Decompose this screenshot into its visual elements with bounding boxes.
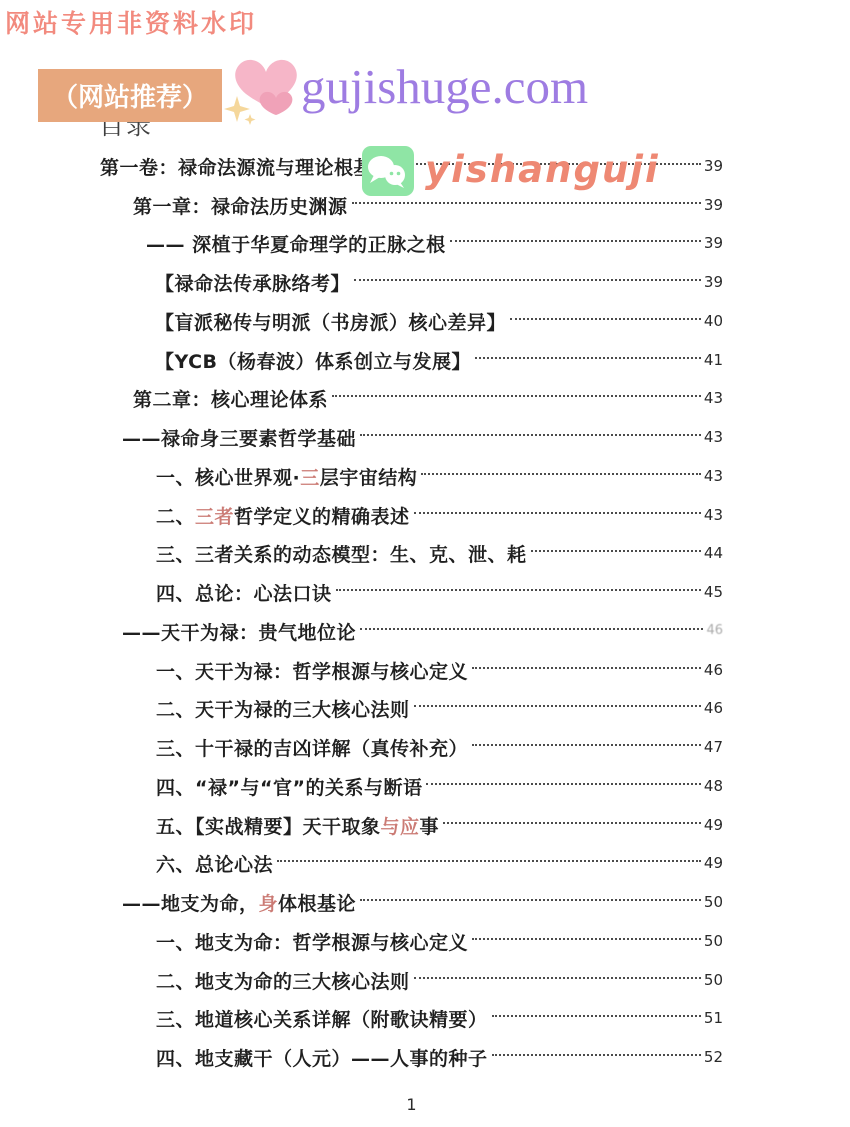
- footer-page-number: 1: [100, 1095, 723, 1114]
- site-domain-logo: gujishuge.com: [301, 58, 588, 115]
- toc-entry[interactable]: 三、地道核心关系详解（附歌诀精要）51: [100, 1000, 723, 1039]
- toc-entry[interactable]: 一、地支为命：哲学根源与核心定义50: [100, 922, 723, 961]
- toc-entry-title: 第二章：核心理论体系: [133, 385, 328, 412]
- dotted-leader: [531, 550, 701, 552]
- dotted-leader: [472, 667, 701, 669]
- dotted-leader: [443, 822, 701, 824]
- dotted-leader: [472, 744, 701, 746]
- toc-entry[interactable]: 【禄命法传承脉络考】39: [100, 263, 723, 302]
- toc-entry-title: 第一卷：禄命法源流与理论根基: [100, 153, 373, 180]
- toc-entry[interactable]: 六、总论心法49: [100, 845, 723, 884]
- toc-entry-title: 四、“禄”与“官”的关系与断语: [156, 773, 422, 800]
- wechat-handle-text: yishanguji: [425, 148, 660, 191]
- dotted-leader: [360, 434, 701, 436]
- toc-entry-title: 三、地道核心关系详解（附歌诀精要）: [156, 1005, 488, 1032]
- toc-entry-title: 一、天干为禄：哲学根源与核心定义: [156, 657, 468, 684]
- toc-entry-title: 【YCB（杨春波）体系创立与发展】: [155, 347, 471, 374]
- toc-entry-page: 49: [704, 854, 723, 873]
- toc-entry-title: ——地支为命，身体根基论: [122, 889, 356, 916]
- toc-entry[interactable]: 一、天干为禄：哲学根源与核心定义46: [100, 651, 723, 690]
- toc-entry-page: 44: [704, 544, 723, 563]
- toc-entry[interactable]: 二、三者哲学定义的精确表述43: [100, 496, 723, 535]
- dotted-leader: [414, 977, 701, 979]
- dotted-leader: [414, 705, 701, 707]
- toc-entry[interactable]: ——天干为禄：贵气地位论46: [100, 612, 723, 651]
- toc-entry[interactable]: 四、地支藏干（人元）——人事的种子52: [100, 1038, 723, 1077]
- dotted-leader: [492, 1015, 701, 1017]
- wechat-watermark: yishanguji: [362, 146, 660, 196]
- toc-entry-page: 45: [704, 583, 723, 602]
- dotted-leader: [421, 473, 701, 475]
- hearts-icon: [224, 52, 306, 128]
- dotted-leader: [475, 357, 701, 359]
- toc-entry-page: 39: [704, 273, 723, 292]
- toc-entry-title: 二、天干为禄的三大核心法则: [156, 695, 410, 722]
- dotted-leader: [492, 1054, 701, 1056]
- toc-entry-title: 【禄命法传承脉络考】: [155, 269, 350, 296]
- toc-entry-title: ——天干为禄：贵气地位论: [122, 618, 356, 645]
- toc-entry[interactable]: 四、总论：心法口诀45: [100, 573, 723, 612]
- toc-entry-title: 三、十干禄的吉凶详解（真传补充）: [156, 734, 468, 761]
- toc-entry-title: 五、【实战精要】天干取象与应事: [156, 812, 439, 839]
- toc-entry-page: 49: [704, 816, 723, 835]
- toc-entry-page: 50: [704, 893, 723, 912]
- toc-entry-page: 39: [704, 196, 723, 215]
- toc-entry-title: 六、总论心法: [156, 850, 273, 877]
- toc-entry[interactable]: 一、核心世界观·三层宇宙结构43: [100, 457, 723, 496]
- toc-entry-page: 39: [704, 157, 723, 176]
- toc-entry-page: 51: [704, 1009, 723, 1028]
- dotted-leader: [360, 628, 703, 630]
- dotted-leader: [332, 395, 701, 397]
- toc-entry-page: 46: [704, 699, 723, 718]
- toc-entry[interactable]: 三、三者关系的动态模型：生、克、泄、耗44: [100, 535, 723, 574]
- toc-list: 第一卷：禄命法源流与理论根基39第一章：禄命法历史渊源39—— 深植于华夏命理学…: [100, 147, 723, 1077]
- toc-entry-page: 52: [704, 1048, 723, 1067]
- toc-entry-title: ——禄命身三要素哲学基础: [122, 424, 356, 451]
- wechat-icon: [362, 146, 414, 196]
- toc-entry-title: 二、三者哲学定义的精确表述: [156, 502, 410, 529]
- dotted-leader: [360, 899, 701, 901]
- toc-entry-title: 【盲派秘传与明派（书房派）核心差异】: [155, 308, 506, 335]
- toc-entry[interactable]: 【YCB（杨春波）体系创立与发展】41: [100, 341, 723, 380]
- dotted-leader: [510, 318, 701, 320]
- site-recommendation-badge: （网站推荐）: [38, 69, 222, 122]
- toc-entry[interactable]: 二、天干为禄的三大核心法则46: [100, 690, 723, 729]
- toc-entry-title: 一、核心世界观·三层宇宙结构: [156, 463, 417, 490]
- toc-entry[interactable]: 四、“禄”与“官”的关系与断语48: [100, 767, 723, 806]
- toc-entry-page: 47: [704, 738, 723, 757]
- dotted-leader: [472, 938, 701, 940]
- toc-entry-page: 40: [704, 312, 723, 331]
- dotted-leader: [450, 240, 701, 242]
- toc-entry-page: 46: [704, 661, 723, 680]
- toc-entry[interactable]: —— 深植于华夏命理学的正脉之根39: [100, 225, 723, 264]
- toc-entry[interactable]: 三、十干禄的吉凶详解（真传补充）47: [100, 728, 723, 767]
- toc-entry-page: 46: [706, 623, 723, 639]
- toc-entry-title: 三、三者关系的动态模型：生、克、泄、耗: [156, 540, 527, 567]
- toc-entry-title: 二、地支为命的三大核心法则: [156, 967, 410, 994]
- toc-entry[interactable]: ——地支为命，身体根基论50: [100, 883, 723, 922]
- toc-entry-title: 第一章：禄命法历史渊源: [133, 192, 348, 219]
- dotted-leader: [352, 202, 701, 204]
- dotted-leader: [354, 279, 701, 281]
- toc-entry-page: 43: [704, 428, 723, 447]
- toc-entry-page: 43: [704, 389, 723, 408]
- toc-entry-page: 41: [704, 351, 723, 370]
- dotted-leader: [336, 589, 701, 591]
- dotted-leader: [426, 783, 700, 785]
- toc-entry-page: 43: [704, 467, 723, 486]
- toc-entry-page: 43: [704, 506, 723, 525]
- toc-entry-page: 39: [704, 234, 723, 253]
- top-watermark-text: 网站专用非资料水印: [5, 4, 257, 40]
- toc-entry-page: 48: [704, 777, 723, 796]
- toc-entry-title: 四、地支藏干（人元）——人事的种子: [156, 1044, 488, 1071]
- toc-entry-title: 一、地支为命：哲学根源与核心定义: [156, 928, 468, 955]
- toc-entry-page: 50: [704, 932, 723, 951]
- dotted-leader: [414, 512, 701, 514]
- toc-entry[interactable]: 五、【实战精要】天干取象与应事49: [100, 806, 723, 845]
- toc-entry-page: 50: [704, 971, 723, 990]
- dotted-leader: [277, 860, 701, 862]
- toc-entry[interactable]: 【盲派秘传与明派（书房派）核心差异】40: [100, 302, 723, 341]
- toc-entry-title: —— 深植于华夏命理学的正脉之根: [146, 230, 446, 257]
- site-recommendation-label: （网站推荐）: [52, 77, 208, 114]
- toc-entry[interactable]: 第二章：核心理论体系43: [100, 380, 723, 419]
- toc-entry[interactable]: ——禄命身三要素哲学基础43: [100, 418, 723, 457]
- toc-entry[interactable]: 二、地支为命的三大核心法则50: [100, 961, 723, 1000]
- toc-entry-title: 四、总论：心法口诀: [156, 579, 332, 606]
